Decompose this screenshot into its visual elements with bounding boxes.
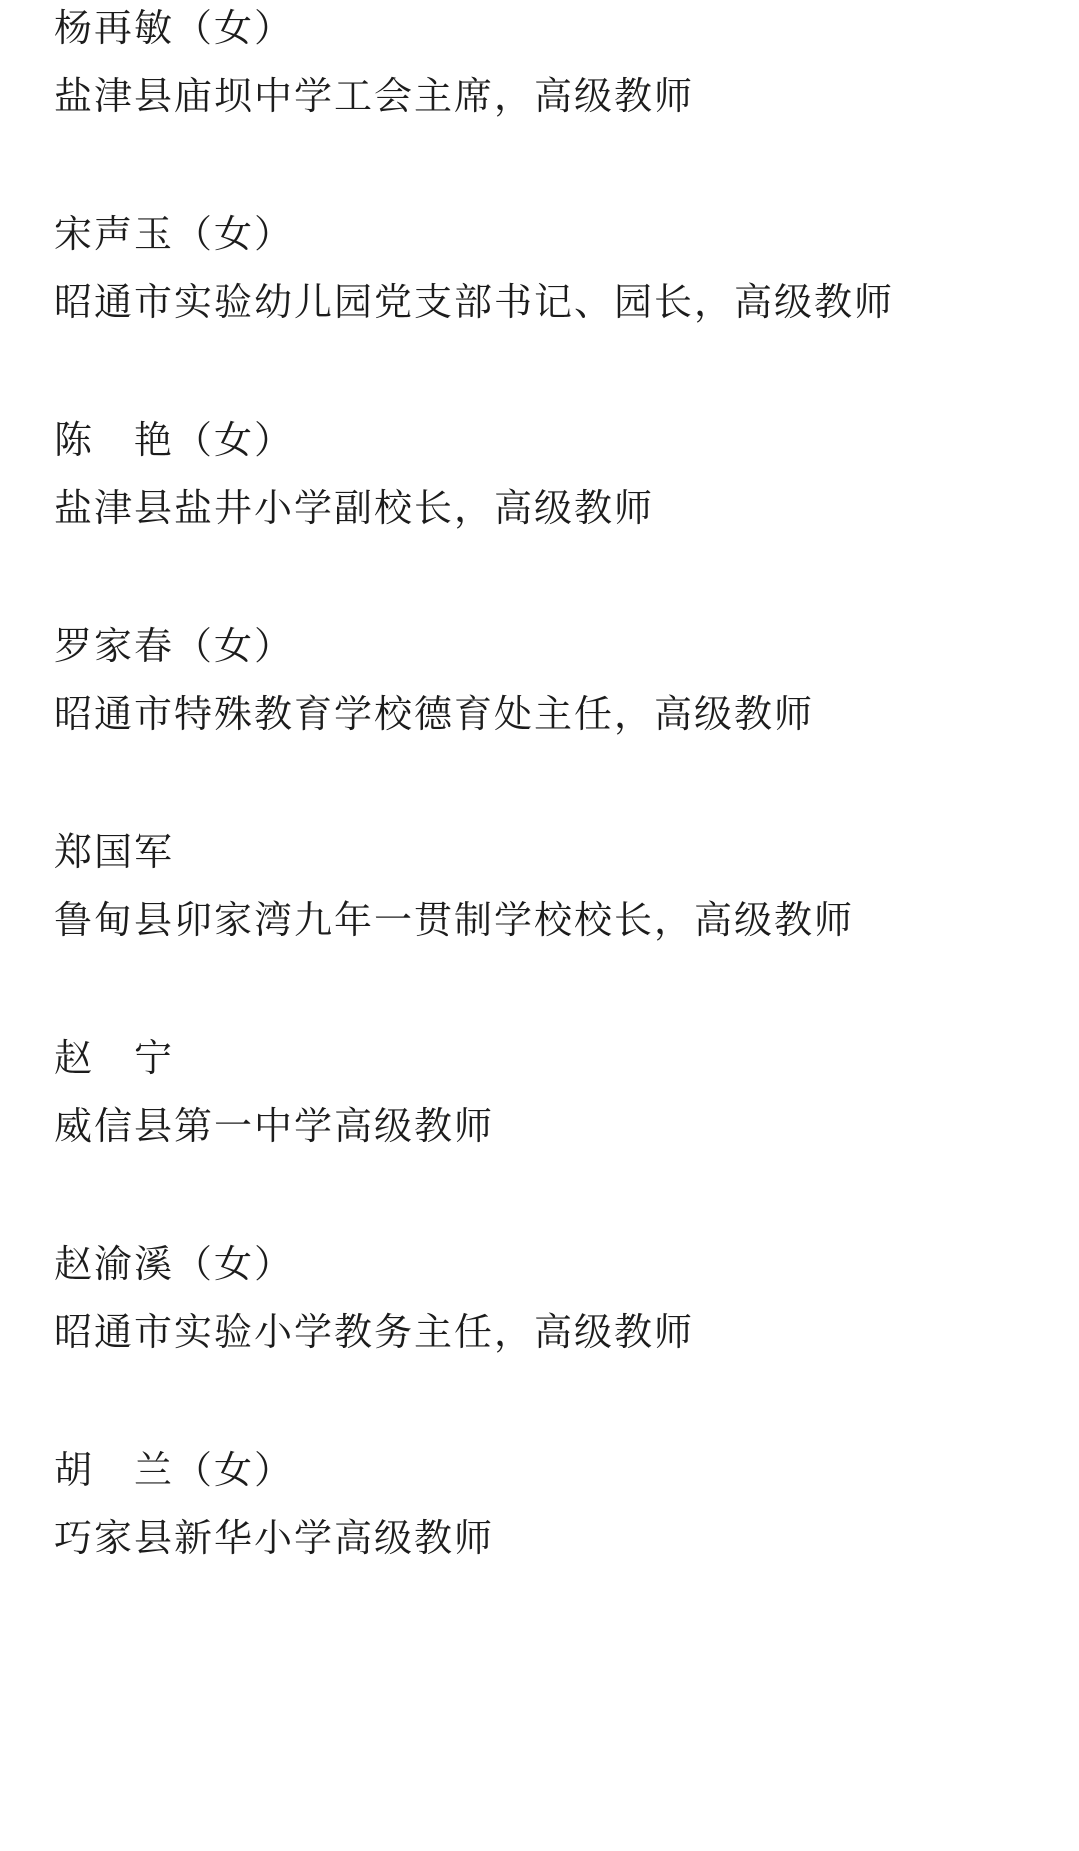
person-title: 昭通市实验小学教务主任，高级教师 [54,1308,694,1356]
person-name: 陈 艳（女） [54,416,294,464]
person-title: 昭通市特殊教育学校德育处主任，高级教师 [54,690,814,738]
person-name: 赵渝溪（女） [54,1240,294,1288]
person-name: 胡 兰（女） [54,1446,294,1494]
person-title: 盐津县庙坝中学工会主席，高级教师 [54,72,694,120]
person-name: 赵 宁 [54,1034,174,1082]
person-name: 杨再敏（女） [54,4,294,52]
person-name: 郑国军 [54,828,174,876]
person-title: 巧家县新华小学高级教师 [54,1514,494,1562]
person-name: 宋声玉（女） [54,210,294,258]
person-title: 盐津县盐井小学副校长，高级教师 [54,484,654,532]
person-name: 罗家春（女） [54,622,294,670]
person-title: 昭通市实验幼儿园党支部书记、园长，高级教师 [54,278,894,326]
person-title: 鲁甸县卯家湾九年一贯制学校校长，高级教师 [54,896,854,944]
person-title: 威信县第一中学高级教师 [54,1102,494,1150]
